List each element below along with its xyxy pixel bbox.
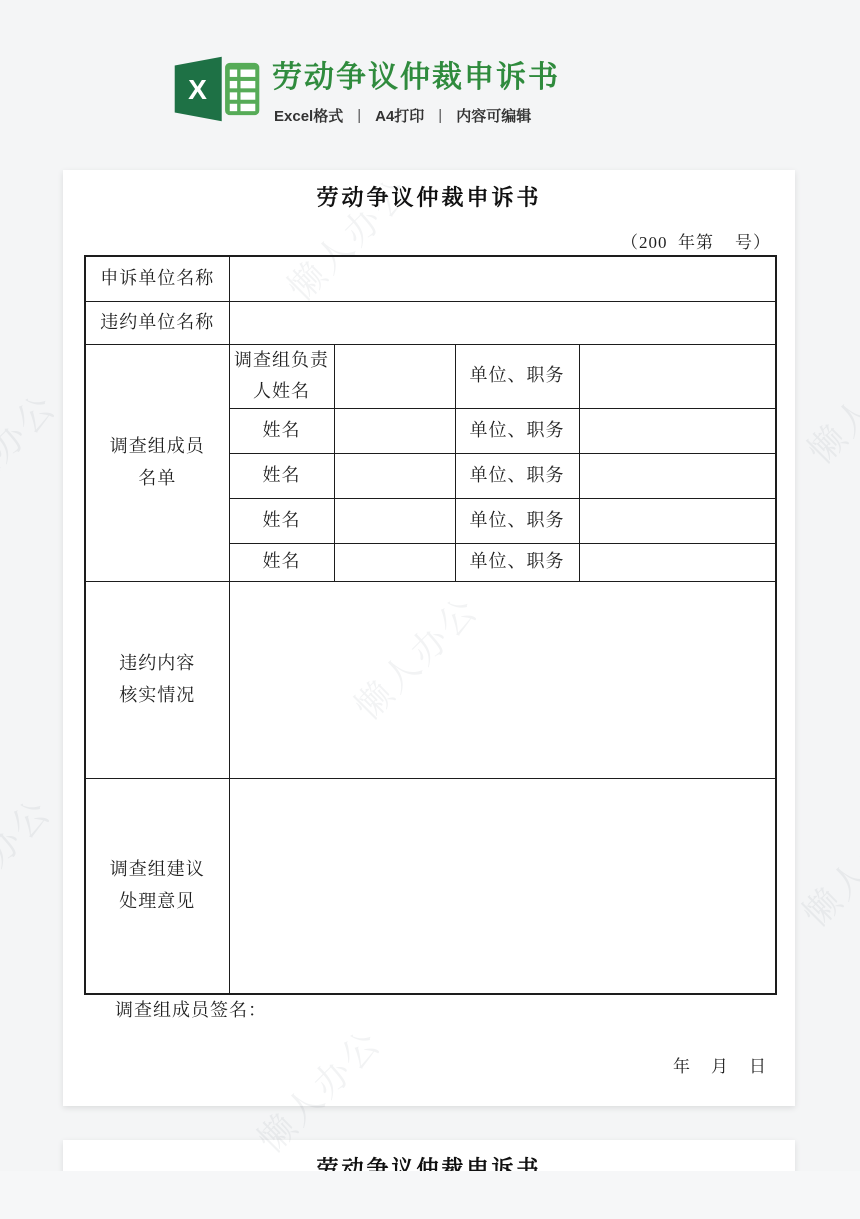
document-title: 劳动争议仲裁申诉书 [63,181,795,212]
unit-position-value-cell [579,408,776,453]
print-label: A4打印 [375,105,424,126]
complainant-unit-value-cell [229,256,776,301]
member-name-value-cell [334,543,455,581]
bottom-fade-overlay [0,1171,860,1219]
leader-name-value-cell [334,344,455,408]
member-name-value-cell [334,408,455,453]
table-row: 调查组建议 处理意见 [85,778,776,994]
member-name-label: 姓名 [229,543,334,581]
page-title: 劳动争议仲裁申诉书 [272,52,560,96]
unit-position-label: 单位、职务 [455,344,579,408]
header-subtitle: Excel格式 | A4打印 | 内容可编辑 [274,105,531,126]
document-page-1: 劳动争议仲裁申诉书 （200 年第 号） 申诉单位名称 违约单位名称 调查组成员… [63,170,795,1106]
excel-icon: X [168,50,262,128]
unit-position-value-cell [579,498,776,543]
editable-label: 内容可编辑 [456,105,531,126]
breaching-unit-label: 违约单位名称 [85,301,229,344]
document-number: （200 年第 号） [621,228,771,253]
leader-name-label: 调查组负责 人姓名 [229,344,334,408]
separator: | [438,107,442,124]
watermark: 懒人办公 [0,380,66,526]
date-line: 年 月 日 [673,1052,768,1077]
table-row: 违约单位名称 [85,301,776,344]
suggestion-value-cell [229,778,776,994]
member-name-label: 姓名 [229,408,334,453]
table-row: 申诉单位名称 [85,256,776,301]
watermark: 懒人办公 [0,785,61,931]
complainant-unit-label: 申诉单位名称 [85,256,229,301]
unit-position-value-cell [579,453,776,498]
table-row: 调查组成员 名单 调查组负责 人姓名 单位、职务 [85,344,776,408]
header: X 劳动争议仲裁申诉书 Excel格式 | A4打印 | 内容可编辑 [0,0,860,150]
investigation-group-label: 调查组成员 名单 [85,344,229,581]
member-name-label: 姓名 [229,453,334,498]
unit-position-label: 单位、职务 [455,543,579,581]
member-name-value-cell [334,453,455,498]
watermark: 懒人办公 [795,327,860,473]
unit-position-value-cell [579,543,776,581]
format-label: Excel格式 [274,105,343,126]
template-preview-page: X 劳动争议仲裁申诉书 Excel格式 | A4打印 | 内容可编辑 劳动争议仲… [0,0,860,1219]
violation-content-value-cell [229,581,776,778]
table-row: 违约内容 核实情况 [85,581,776,778]
svg-text:X: X [188,73,207,105]
violation-content-label: 违约内容 核实情况 [85,581,229,778]
member-name-label: 姓名 [229,498,334,543]
watermark: 懒人办公 [790,790,860,936]
unit-position-label: 单位、职务 [455,453,579,498]
suggestion-label: 调查组建议 处理意见 [85,778,229,994]
unit-position-value-cell [579,344,776,408]
signature-line: 调查组成员签名： [115,996,267,1022]
breaching-unit-value-cell [229,301,776,344]
unit-position-label: 单位、职务 [455,498,579,543]
form-table: 申诉单位名称 违约单位名称 调查组成员 名单 调查组负责 人姓名 单位、职务 姓… [84,255,777,995]
unit-position-label: 单位、职务 [455,408,579,453]
member-name-value-cell [334,498,455,543]
separator: | [357,107,361,124]
